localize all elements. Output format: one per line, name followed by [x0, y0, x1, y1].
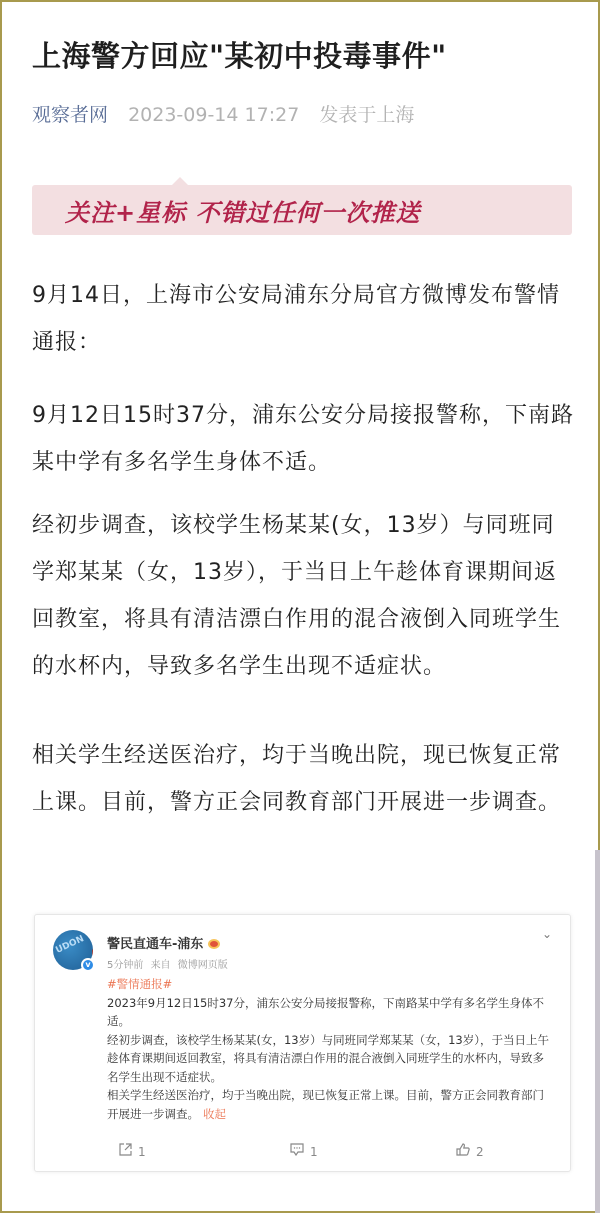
follow-banner[interactable]: 关注+星标 不错过任何一次推送 — [32, 185, 572, 235]
weibo-actions: 1 1 2 — [35, 1143, 572, 1165]
like-button[interactable]: 2 — [456, 1143, 484, 1159]
weibo-logo-icon — [208, 939, 220, 949]
publish-location: 发表于上海 — [319, 104, 414, 126]
article-title: 上海警方回应"某初中投毒事件" — [32, 34, 447, 75]
publish-time: 2023-09-14 17:27 — [128, 104, 299, 126]
weibo-paragraph-3-text: 相关学生经送医治疗，均于当晚出院，现已恢复正常上课。目前，警方正会同教育部门开展… — [107, 1088, 544, 1121]
weibo-paragraph-2: 经初步调查，该校学生杨某某(女，13岁）与同班同学郑某某（女，13岁），于当日上… — [107, 1031, 552, 1087]
share-icon — [119, 1143, 132, 1156]
from-label: 来自 — [151, 960, 171, 971]
paragraph-3: 经初步调查，该校学生杨某某(女，13岁）与同班同学郑某某（女，13岁），于当日上… — [32, 502, 577, 690]
comment-count: 1 — [310, 1145, 318, 1159]
avatar-text: UDON — [54, 934, 85, 956]
collapse-link[interactable]: 收起 — [203, 1107, 226, 1121]
comment-icon — [290, 1143, 304, 1156]
article-meta: 观察者网 2023-09-14 17:27 发表于上海 — [32, 100, 414, 127]
weibo-post-card: UDON v 警民直通车-浦东 5分钟前 来自 微博网页版 ⌄ #警情通报# 2… — [34, 914, 571, 1172]
verified-badge-icon: v — [81, 958, 95, 972]
username-text: 警民直通车-浦东 — [107, 937, 203, 952]
weibo-paragraph-3: 相关学生经送医治疗，均于当晚出院，现已恢复正常上课。目前，警方正会同教育部门开展… — [107, 1086, 552, 1123]
repost-button[interactable]: 1 — [119, 1143, 146, 1159]
source-link[interactable]: 观察者网 — [32, 104, 108, 126]
police-emblem-icon — [92, 949, 93, 960]
like-count: 2 — [476, 1145, 484, 1159]
repost-count: 1 — [138, 1145, 146, 1159]
chevron-down-icon[interactable]: ⌄ — [542, 927, 552, 941]
weibo-username[interactable]: 警民直通车-浦东 — [107, 933, 220, 952]
banner-text: 关注+星标 不错过任何一次推送 — [65, 193, 420, 228]
weibo-paragraph-1: 2023年9月12日15时37分，浦东公安分局接报警称，下南路某中学有多名学生身… — [107, 994, 552, 1031]
page-frame: 上海警方回应"某初中投毒事件" 观察者网 2023-09-14 17:27 发表… — [0, 0, 600, 1213]
hashtag-link[interactable]: #警情通报# — [107, 975, 552, 994]
post-client: 微博网页版 — [178, 960, 228, 971]
post-time: 5分钟前 — [107, 960, 143, 971]
paragraph-1: 9月14日，上海市公安局浦东分局官方微博发布警情通报： — [32, 272, 577, 366]
paragraph-2: 9月12日15时37分，浦东公安分局接报警称，下南路某中学有多名学生身体不适。 — [32, 392, 577, 486]
thumbs-up-icon — [456, 1143, 470, 1156]
comment-button[interactable]: 1 — [290, 1143, 318, 1159]
paragraph-4: 相关学生经送医治疗，均于当晚出院，现已恢复正常上课。目前，警方正会同教育部门开展… — [32, 732, 577, 826]
scrollbar-thumb[interactable] — [595, 850, 600, 1213]
weibo-meta: 5分钟前 来自 微博网页版 — [107, 956, 232, 971]
weibo-body: #警情通报# 2023年9月12日15时37分，浦东公安分局接报警称，下南路某中… — [107, 975, 552, 1123]
